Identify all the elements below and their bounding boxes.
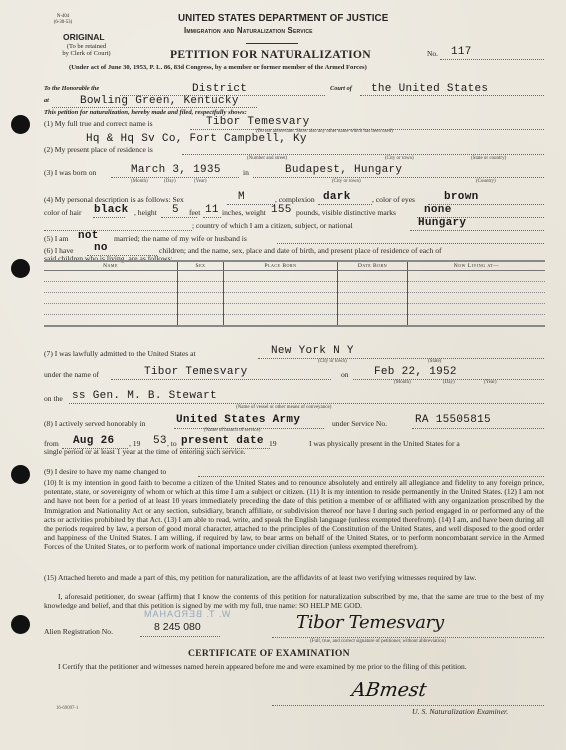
copy-label: ORIGINAL <box>63 32 105 42</box>
caption-street: (Number and street) <box>247 156 287 161</box>
residence-value: Hq & Hq Sv Co, Fort Campbell, Ky <box>86 133 307 145</box>
vessel-line <box>69 403 544 404</box>
examiner-caption: U. S. Naturalization Examiner. <box>412 707 508 716</box>
citizenship-label: ; country of which I am a citizen, subje… <box>192 221 353 230</box>
table-cell <box>178 315 224 327</box>
oath-text: I, aforesaid petitioner, do swear (affir… <box>44 592 544 610</box>
column-header-now-living-at: Now Living at— <box>408 261 546 271</box>
form-number-block: N-404 (6-30-53) <box>50 14 76 25</box>
table-cell <box>408 282 546 293</box>
table-row <box>44 293 545 304</box>
inches-label: inches, weight <box>222 208 266 217</box>
table-cell <box>338 304 408 315</box>
petition-number-line <box>440 59 544 60</box>
table-cell <box>224 293 338 304</box>
certificate-title: CERTIFICATE OF EXAMINATION <box>188 648 350 659</box>
caption-vessel: (Name of vessel or other means of convey… <box>236 405 331 410</box>
children-description-label: children; and the name, sex, place and d… <box>159 246 442 255</box>
signature-caption: (Full, true, and correct signature of pe… <box>310 639 446 644</box>
court-of-label: Court of <box>330 85 352 92</box>
copy-note-line2: by Clerk of Court) <box>44 50 129 57</box>
admission-port-label: (7) I was lawfully admitted to the Unite… <box>44 349 196 358</box>
print-code: 16-69097-1 <box>56 706 78 711</box>
table-cell <box>338 293 408 304</box>
citizenship-country-value: Hungary <box>418 217 466 229</box>
caption-state: (State) <box>428 359 441 364</box>
name-change-line <box>198 476 544 477</box>
statements-10-14: (10) It is my intention in good faith to… <box>44 478 544 552</box>
caption-city: (City or town) <box>332 179 361 184</box>
caption-branch: (Name of branch of service) <box>204 428 260 433</box>
feet-label: feet <box>189 208 200 217</box>
table-cell <box>44 304 178 315</box>
caption-day: (Day) <box>443 380 455 385</box>
eyes-label: , color of eyes <box>372 195 415 204</box>
birth-date-line <box>111 177 239 178</box>
physical-presence-text: I was physically present in the United S… <box>309 439 460 448</box>
document-title: PETITION FOR NATURALIZATION <box>170 48 371 61</box>
examiner-signature: ABmest <box>350 679 427 701</box>
admission-name-value: Tibor Temesvary <box>144 366 248 378</box>
service-number-label: under Service No. <box>332 419 387 428</box>
birth-place-line <box>253 177 544 178</box>
children-table: Name Sex Place Born Date Born Now Living… <box>44 260 545 327</box>
service-number-value: RA 15505815 <box>415 414 491 426</box>
physical-presence-line2: single period or at least 1 year at the … <box>44 447 246 456</box>
eye-color-value: brown <box>444 191 479 203</box>
admission-name-line <box>111 379 331 380</box>
court-of-line <box>360 95 544 96</box>
birth-date-value: March 3, 1935 <box>131 164 221 176</box>
name-change-label: (9) I desire to have my name changed to <box>44 467 166 476</box>
full-name-label: (1) My full true and correct name is <box>44 119 153 128</box>
marital-status-value: not <box>78 230 99 242</box>
column-header-name: Name <box>44 261 178 271</box>
to-honorable-label: To the Honorable the <box>44 85 99 92</box>
height-inches-line <box>203 217 221 218</box>
personal-description-label: (4) My personal description is as follow… <box>44 195 184 204</box>
vessel-label: on the <box>44 394 63 403</box>
table-cell <box>408 293 546 304</box>
table-cell <box>178 304 224 315</box>
caption-city: (City or town) <box>385 156 414 161</box>
service-name: Immigration and Naturalization Service <box>184 26 313 35</box>
hole-punch-icon <box>11 115 30 134</box>
copy-note-line1: (To be retained <box>44 43 129 50</box>
petitioner-signature: Tibor Temesvary <box>296 612 444 633</box>
table-cell <box>224 315 338 327</box>
at-label: at <box>44 97 49 104</box>
height-label: , height <box>134 208 157 217</box>
full-name-value: Tibor Temesvary <box>206 116 310 128</box>
distinctive-marks-value: none <box>424 204 452 216</box>
table-cell <box>178 293 224 304</box>
column-header-sex: Sex <box>178 261 224 271</box>
complexion-label: , complexion <box>275 195 315 204</box>
hair-label: color of hair <box>44 208 82 217</box>
vessel-value: ss Gen. M. B. Stewart <box>72 390 217 402</box>
caption-country: (Country) <box>476 179 496 184</box>
service-number-line <box>412 428 544 429</box>
service-branch-label: (8) I actively served honorably in <box>44 419 145 428</box>
table-cell <box>338 271 408 282</box>
on-label: on <box>341 370 349 379</box>
location-line <box>52 107 257 108</box>
petition-number-value: 117 <box>451 46 472 58</box>
birth-place-value: Budapest, Hungary <box>285 164 402 176</box>
service-from-value: Aug 26 <box>73 435 114 447</box>
caption-month: (Month) <box>394 380 411 385</box>
table-cell <box>224 271 338 282</box>
table-cell <box>408 271 546 282</box>
service-branch-value: United States Army <box>176 414 300 426</box>
examiner-signature-line <box>272 705 544 706</box>
spouse-name-line <box>277 243 544 244</box>
caption-year: (Year) <box>194 179 207 184</box>
weight-value: 155 <box>271 204 292 216</box>
table-cell <box>408 315 546 327</box>
column-header-place-born: Place Born <box>224 261 338 271</box>
table-cell <box>44 315 178 327</box>
alien-registration-value: 8 245 080 <box>154 621 201 633</box>
hole-punch-icon <box>11 615 30 634</box>
marks-continued-line <box>44 230 192 231</box>
table-cell <box>224 282 338 293</box>
complexion-value: dark <box>323 191 351 203</box>
height-inches-value: 11 <box>205 204 219 216</box>
service-from-year: 53 <box>153 435 167 447</box>
residence-line <box>182 154 544 155</box>
marital-label: (5) I am <box>44 234 68 243</box>
caption-month: (Month) <box>131 179 148 184</box>
column-header-date-born: Date Born <box>338 261 408 271</box>
pounds-label: pounds, visible distinctive marks <box>296 208 396 217</box>
admission-port-value: New York N Y <box>271 345 354 357</box>
spouse-label: married; the name of my wife or husband … <box>114 234 247 243</box>
admission-name-label: under the name of <box>44 370 99 379</box>
signature-line <box>272 637 544 638</box>
table-row <box>44 282 545 293</box>
table-row <box>44 271 545 282</box>
department-name: UNITED STATES DEPARTMENT OF JUSTICE <box>178 13 388 24</box>
height-feet-line <box>161 217 197 218</box>
admission-port-line <box>258 358 544 359</box>
certificate-text: I Certify that the petitioner and witnes… <box>44 662 544 671</box>
year-prefix: 19 <box>269 439 277 448</box>
alien-registration-line <box>140 636 220 637</box>
table-row <box>44 304 545 315</box>
children-count-value: no <box>94 242 108 254</box>
complexion-line <box>318 204 372 205</box>
petition-document: N-404 (6-30-53) ORIGINAL (To be retained… <box>0 0 566 750</box>
table-cell <box>178 271 224 282</box>
caption-day: (Day) <box>164 179 176 184</box>
court-location-value: Bowling Green, Kentucky <box>80 95 239 107</box>
in-label: in <box>243 168 249 177</box>
table-header-row: Name Sex Place Born Date Born Now Living… <box>44 261 545 271</box>
table-cell <box>338 315 408 327</box>
petition-number-label: No. <box>427 49 438 58</box>
hair-line <box>93 217 125 218</box>
sex-line <box>227 204 275 205</box>
table-cell <box>44 271 178 282</box>
form-date: (6-30-53) <box>50 20 76 26</box>
table-cell <box>44 282 178 293</box>
court-type-value: District <box>192 83 247 95</box>
court-of-value: the United States <box>371 83 488 95</box>
caption-city: (City or town) <box>318 359 347 364</box>
document-subtitle: (Under act of June 30, 1953, P. L. 86, 8… <box>69 64 367 71</box>
height-feet-value: 5 <box>172 204 179 216</box>
caption-state: (State or country) <box>471 156 506 161</box>
intro-text: This petition for naturalization, hereby… <box>44 109 247 116</box>
admission-date-value: Feb 22, 1952 <box>374 366 457 378</box>
born-on-label: (3) I was born on <box>44 168 96 177</box>
hole-punch-icon <box>11 465 30 484</box>
table-cell <box>224 304 338 315</box>
residence-label: (2) My present place of residence is <box>44 145 153 154</box>
table-cell <box>44 293 178 304</box>
table-cell <box>338 282 408 293</box>
table-cell <box>408 304 546 315</box>
hole-punch-icon <box>11 259 30 278</box>
hair-color-value: black <box>94 204 129 216</box>
sex-value: M <box>238 191 245 203</box>
copy-note: (To be retained by Clerk of Court) <box>44 43 129 57</box>
caption-year: (Year) <box>484 380 497 385</box>
header-rule <box>246 43 298 44</box>
country-line <box>410 230 544 231</box>
service-to-value: present date <box>181 435 264 447</box>
statement-15: (15) Attached hereto and made a part of … <box>44 573 544 582</box>
table-cell <box>178 282 224 293</box>
table-row <box>44 315 545 327</box>
offset-stamp: W. T. BERDAHAM <box>143 609 230 619</box>
alien-registration-label: Alien Registration No. <box>44 627 113 636</box>
